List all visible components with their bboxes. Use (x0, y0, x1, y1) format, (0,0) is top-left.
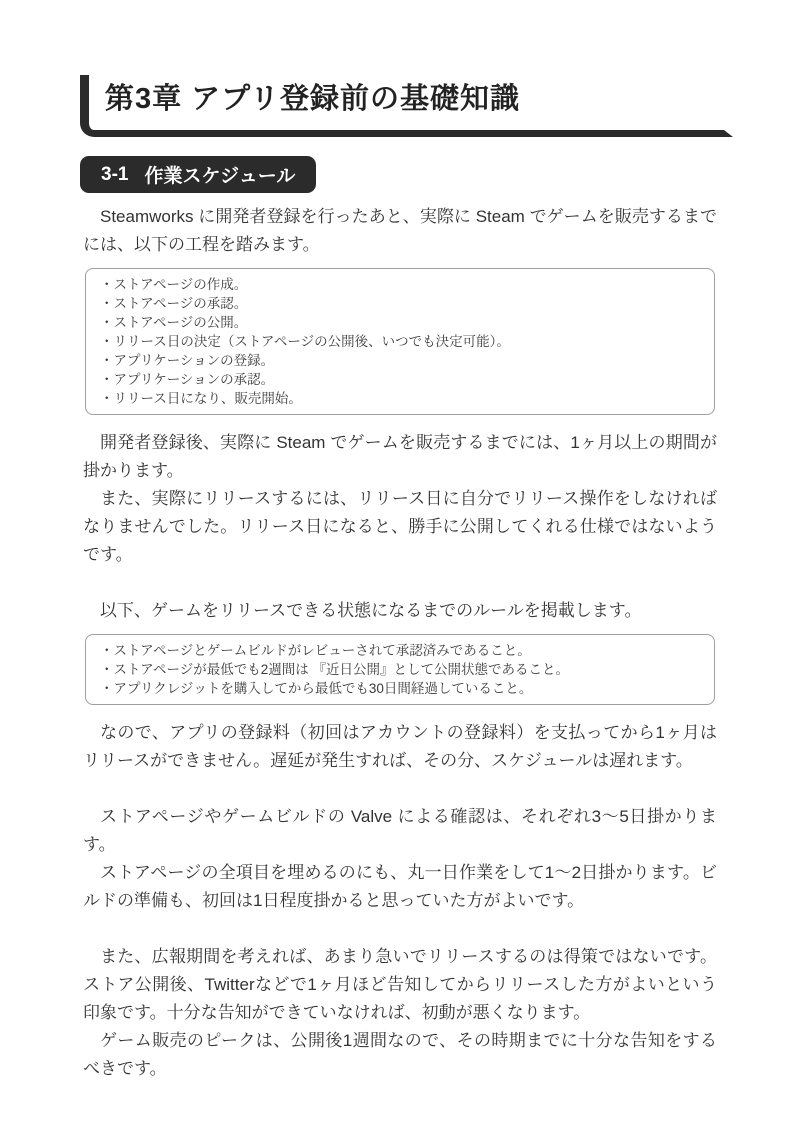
document-page: 第3章 アプリ登録前の基礎知識 3-1 作業スケジュール Steamworks … (0, 0, 800, 1132)
chapter-header: 第3章 アプリ登録前の基礎知識 (80, 75, 733, 137)
list-item: ・ストアページの作成。 (100, 275, 700, 294)
list-item: ・アプリケーションの承認。 (100, 370, 700, 389)
body-content: Steamworks に開発者登録を行ったあと、実際に Steam でゲームを販… (83, 192, 717, 1083)
chapter-title: 第3章 アプリ登録前の基礎知識 (105, 82, 733, 117)
section-number: 3-1 (101, 164, 128, 186)
section-heading: 3-1 作業スケジュール (80, 156, 316, 193)
list-item: ・ストアページの承認。 (100, 294, 700, 313)
list-item: ・ストアページが最低でも2週間は 『近日公開』として公開状態であること。 (100, 660, 700, 679)
paragraph: なので、アプリの登録料（初回はアカウントの登録料）を支払ってから1ヶ月はリリース… (83, 719, 717, 775)
list-item: ・アプリクレジットを購入してから最低でも30日間経過していること。 (100, 679, 700, 698)
paragraph: 以下、ゲームをリリースできる状態になるまでのルールを掲載します。 (83, 597, 717, 625)
list-item: ・リリース日の決定（ストアページの公開後、いつでも決定可能）。 (100, 332, 700, 351)
list-item: ・ストアページとゲームビルドがレビューされて承認済みであること。 (100, 641, 700, 660)
rules-list-box: ・ストアページとゲームビルドがレビューされて承認済みであること。 ・ストアページ… (85, 634, 715, 705)
paragraph: ストアページやゲームビルドの Valve による確認は、それぞれ3～5日掛かりま… (83, 803, 717, 859)
section-title: 作業スケジュール (144, 161, 295, 188)
paragraph: また、実際にリリースするには、リリース日に自分でリリース操作をしなければなりませ… (83, 485, 717, 569)
steps-list-box: ・ストアページの作成。 ・ストアページの承認。 ・ストアページの公開。 ・リリー… (85, 268, 715, 415)
paragraph: 開発者登録後、実際に Steam でゲームを販売するまでには、1ヶ月以上の期間が… (83, 429, 717, 485)
paragraph: ストアページの全項目を埋めるのにも、丸一日作業をして1～2日掛かります。ビルドの… (83, 859, 717, 915)
list-item: ・アプリケーションの登録。 (100, 351, 700, 370)
paragraph: ゲーム販売のピークは、公開後1週間なので、その時期までに十分な告知をするべきです… (83, 1027, 717, 1083)
list-item: ・リリース日になり、販売開始。 (100, 389, 700, 408)
paragraph: Steamworks に開発者登録を行ったあと、実際に Steam でゲームを販… (83, 203, 717, 259)
paragraph: また、広報期間を考えれば、あまり急いでリリースするのは得策ではないです。ストア公… (83, 943, 717, 1027)
list-item: ・ストアページの公開。 (100, 313, 700, 332)
